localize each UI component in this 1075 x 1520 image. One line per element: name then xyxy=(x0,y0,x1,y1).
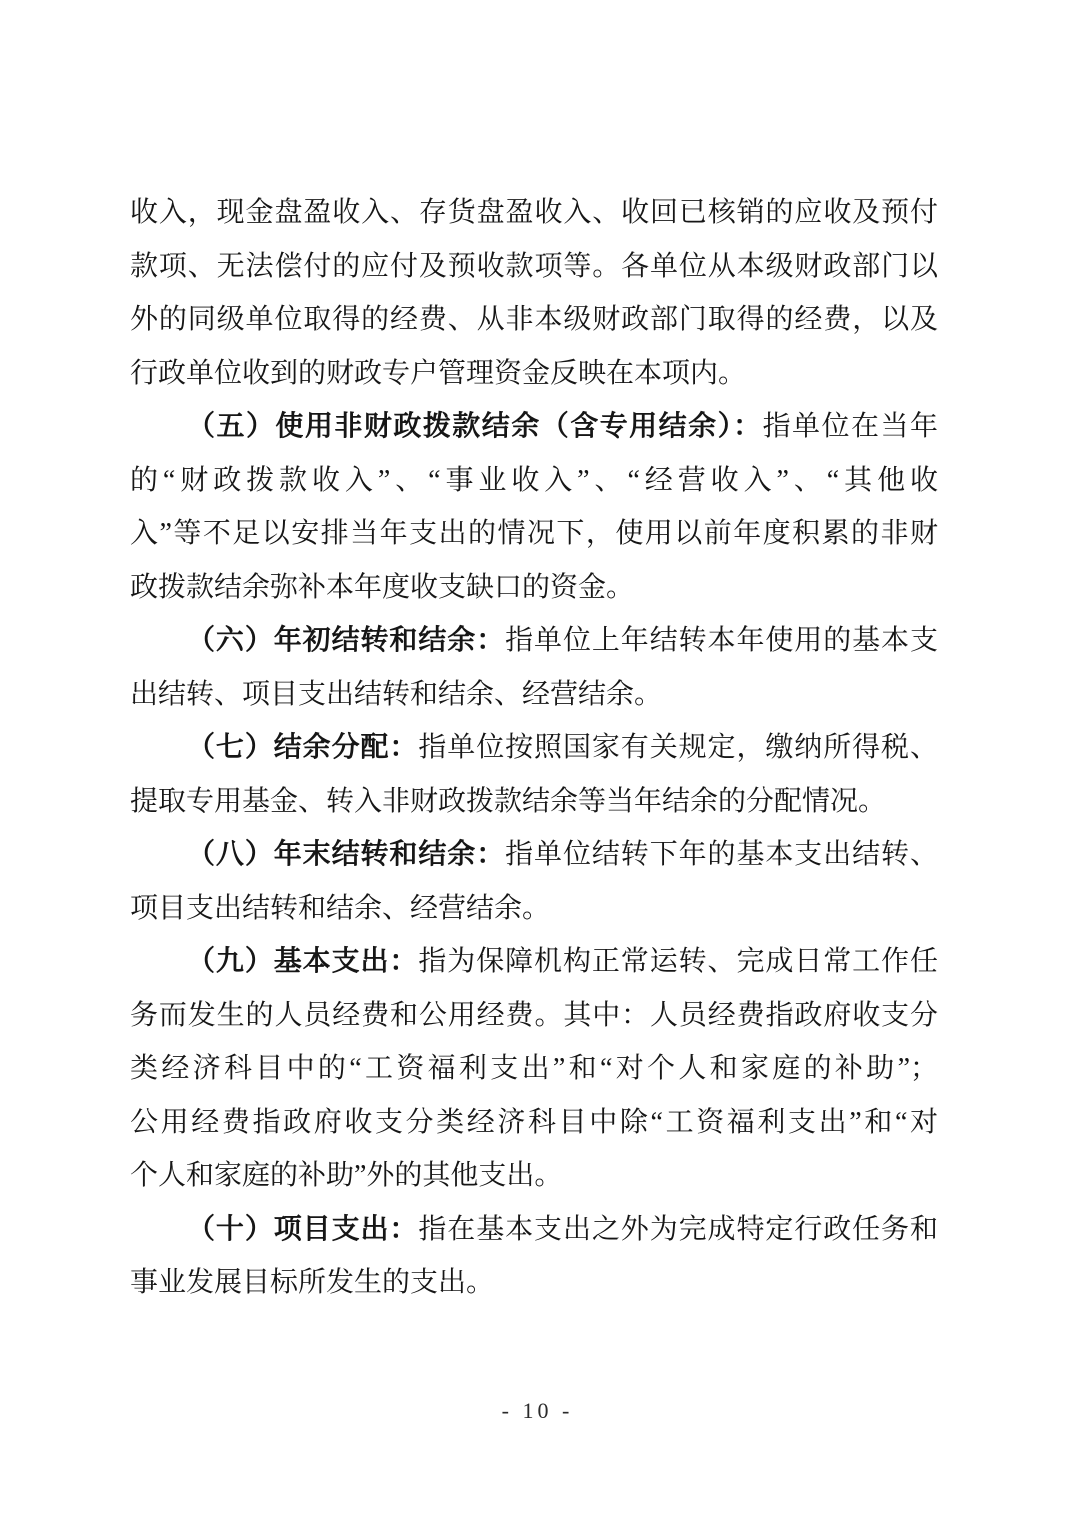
text-line: 的“财政拨款收入”、“事业收入”、“经营收入”、“其他收 xyxy=(130,454,938,508)
text-line: 收入，现金盘盈收入、存货盘盈收入、收回已核销的应收及预付 xyxy=(130,186,938,240)
text-line: 提取专用基金、转入非财政拨款结余等当年结余的分配情况。 xyxy=(130,775,938,829)
paragraph-lead: （八）年末结转和结余： xyxy=(187,839,505,870)
text-line: （五）使用非财政拨款结余（含专用结余）：指单位在当年 xyxy=(130,400,938,454)
paragraph-lead: （九）基本支出： xyxy=(187,946,418,977)
text-line: 个人和家庭的补助”外的其他支出。 xyxy=(130,1149,938,1203)
text-line: 行政单位收到的财政专户管理资金反映在本项内。 xyxy=(130,347,938,401)
paragraph-lead: （六）年初结转和结余： xyxy=(187,625,505,656)
paragraph-text: 指为保障机构正常运转、完成日常工作任 xyxy=(418,946,938,977)
paragraph-lead: （五）使用非财政拨款结余（含专用结余）： xyxy=(187,411,763,442)
text-line: （七）结余分配：指单位按照国家有关规定，缴纳所得税、 xyxy=(130,721,938,775)
text-line: 政拨款结余弥补本年度收支缺口的资金。 xyxy=(130,561,938,615)
document-body: 收入，现金盘盈收入、存货盘盈收入、收回已核销的应收及预付款项、无法偿付的应付及预… xyxy=(130,186,938,1310)
paragraph-text: 指在基本支出之外为完成特定行政任务和 xyxy=(418,1214,938,1245)
text-line: 款项、无法偿付的应付及预收款项等。各单位从本级财政部门以 xyxy=(130,240,938,294)
text-line: 事业发展目标所发生的支出。 xyxy=(130,1256,938,1310)
text-line: （九）基本支出：指为保障机构正常运转、完成日常工作任 xyxy=(130,935,938,989)
page-number: - 10 - xyxy=(0,1398,1075,1424)
text-line: （八）年末结转和结余：指单位结转下年的基本支出结转、 xyxy=(130,828,938,882)
paragraph-text: 指单位在当年 xyxy=(763,411,938,442)
text-line: 出结转、项目支出结转和结余、经营结余。 xyxy=(130,668,938,722)
text-line: （十）项目支出：指在基本支出之外为完成特定行政任务和 xyxy=(130,1203,938,1257)
text-line: 项目支出结转和结余、经营结余。 xyxy=(130,882,938,936)
text-line: 公用经费指政府收支分类经济科目中除“工资福利支出”和“对 xyxy=(130,1096,938,1150)
text-line: 入”等不足以安排当年支出的情况下，使用以前年度积累的非财 xyxy=(130,507,938,561)
text-line: 务而发生的人员经费和公用经费。其中：人员经费指政府收支分 xyxy=(130,989,938,1043)
document-page: 收入，现金盘盈收入、存货盘盈收入、收回已核销的应收及预付款项、无法偿付的应付及预… xyxy=(0,0,1075,1520)
paragraph-lead: （七）结余分配： xyxy=(187,732,418,763)
paragraph-text: 指单位按照国家有关规定，缴纳所得税、 xyxy=(418,732,938,763)
text-line: 外的同级单位取得的经费、从非本级财政部门取得的经费，以及 xyxy=(130,293,938,347)
text-line: （六）年初结转和结余：指单位上年结转本年使用的基本支 xyxy=(130,614,938,668)
paragraph-text: 指单位结转下年的基本支出结转、 xyxy=(505,839,938,870)
paragraph-text: 指单位上年结转本年使用的基本支 xyxy=(505,625,938,656)
paragraph-lead: （十）项目支出： xyxy=(187,1214,418,1245)
text-line: 类经济科目中的“工资福利支出”和“对个人和家庭的补助”； xyxy=(130,1042,938,1096)
